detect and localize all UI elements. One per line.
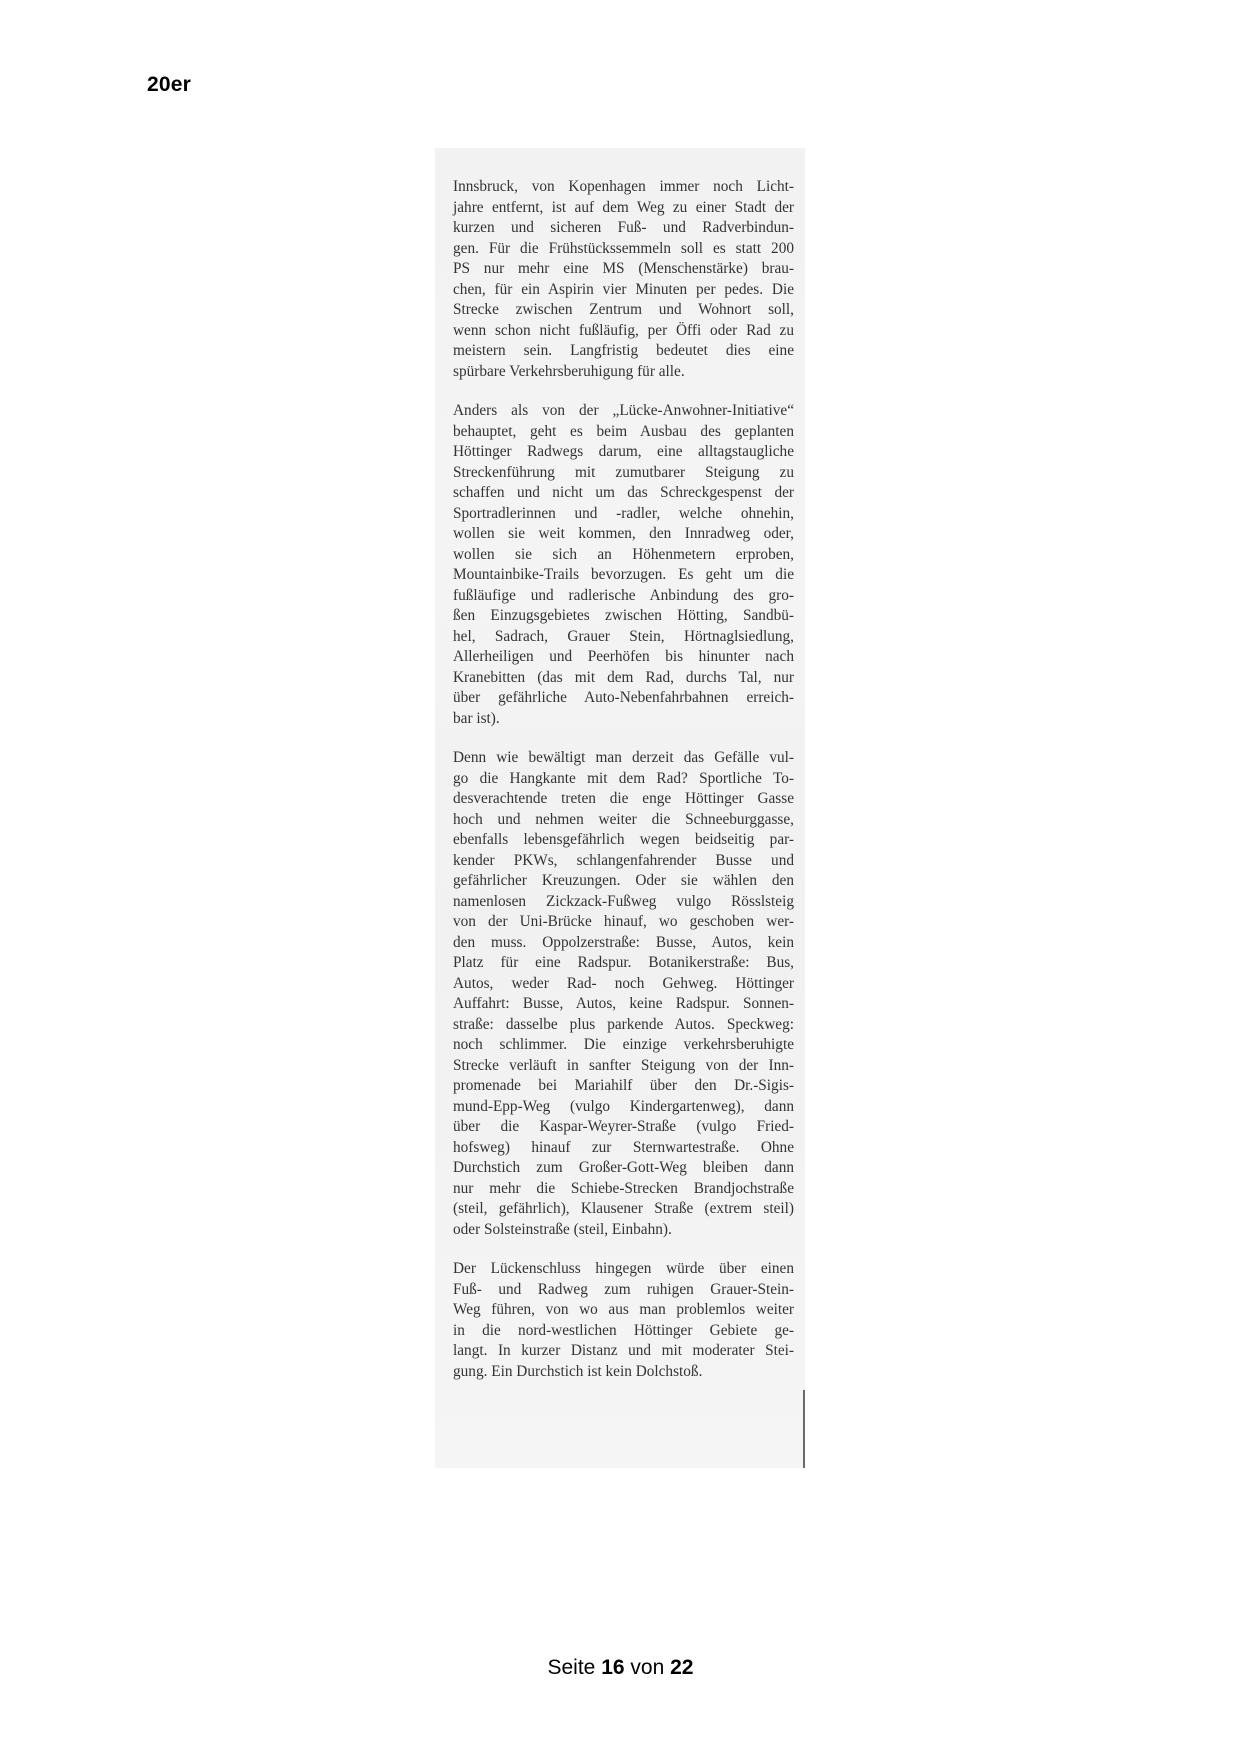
text-line: (steil, gefährlich), Klausener Straße (e…: [453, 1199, 794, 1220]
text-line: ßen Einzugsgebietes zwischen Hötting, Sa…: [453, 606, 794, 627]
text-line: behauptet, geht es beim Ausbau des gepla…: [453, 422, 794, 443]
text-line: hofsweg) hinauf zur Sternwartestraße. Oh…: [453, 1138, 794, 1159]
text-line: kurzen und sicheren Fuß- und Radverbindu…: [453, 218, 794, 239]
total-page-count: 22: [670, 1656, 693, 1679]
text-line: Durchstich zum Großer-Gott-Weg bleiben d…: [453, 1158, 794, 1179]
text-line: Innsbruck, von Kopenhagen immer noch Lic…: [453, 177, 794, 198]
article-paragraph-4: Der Lückenschluss hingegen würde über ei…: [453, 1259, 794, 1382]
text-line: Sportradlerinnen und -radler, welche ohn…: [453, 504, 794, 525]
document-header-label: 20er: [147, 73, 191, 97]
text-line: noch schlimmer. Die einzige verkehrsberu…: [453, 1035, 794, 1056]
text-line: Strecke verläuft in sanfter Steigung von…: [453, 1056, 794, 1077]
text-line: über gefährliche Auto-Nebenfahrbahnen er…: [453, 688, 794, 709]
article-column: Innsbruck, von Kopenhagen immer noch Lic…: [453, 177, 794, 1401]
text-line: in die nord-westlichen Höttinger Gebiete…: [453, 1321, 794, 1342]
text-line: Mountainbike-Trails bevorzugen. Es geht …: [453, 565, 794, 586]
text-line: promenade bei Mariahilf über den Dr.-Sig…: [453, 1076, 794, 1097]
text-line: nur mehr die Schiebe-Strecken Brandjochs…: [453, 1179, 794, 1200]
text-line: fußläufige und radlerische Anbindung des…: [453, 586, 794, 607]
text-line: spürbare Verkehrsberuhigung für alle.: [453, 362, 794, 383]
text-line: Streckenführung mit zumutbarer Steigung …: [453, 463, 794, 484]
text-line: Strecke zwischen Zentrum und Wohnort sol…: [453, 300, 794, 321]
text-line: bar ist).: [453, 709, 794, 730]
text-line: gung. Ein Durchstich ist kein Dolchstoß.: [453, 1362, 794, 1383]
text-line: Denn wie bewältigt man derzeit das Gefäl…: [453, 748, 794, 769]
text-line: von der Uni-Brücke hinauf, wo geschoben …: [453, 912, 794, 933]
article-paragraph-3: Denn wie bewältigt man derzeit das Gefäl…: [453, 748, 794, 1240]
text-line: namenlosen Zickzack-Fußweg vulgo Rösslst…: [453, 892, 794, 913]
text-line: hel, Sadrach, Grauer Stein, Hörtnaglsied…: [453, 627, 794, 648]
page-footer: Seite 16 von 22: [0, 1656, 1241, 1680]
text-line: Weg führen, von wo aus man problemlos we…: [453, 1300, 794, 1321]
text-line: ebenfalls lebensgefährlich wegen beidsei…: [453, 830, 794, 851]
text-line: schaffen und nicht um das Schreckgespens…: [453, 483, 794, 504]
page-separator: von: [630, 1656, 664, 1679]
text-line: straße: dasselbe plus parkende Autos. Sp…: [453, 1015, 794, 1036]
text-line: gen. Für die Frühstückssemmeln soll es s…: [453, 239, 794, 260]
text-line: Autos, weder Rad- noch Gehweg. Höttinger: [453, 974, 794, 995]
text-line: Platz für eine Radspur. Botanikerstraße:…: [453, 953, 794, 974]
text-line: wollen sie weit kommen, den Innradweg od…: [453, 524, 794, 545]
text-line: desverachtende treten die enge Höttinger…: [453, 789, 794, 810]
text-line: Der Lückenschluss hingegen würde über ei…: [453, 1259, 794, 1280]
text-line: Auffahrt: Busse, Autos, keine Radspur. S…: [453, 994, 794, 1015]
text-line: wenn schon nicht fußläufig, per Öffi ode…: [453, 321, 794, 342]
page-label: Seite: [548, 1656, 596, 1679]
current-page-number: 16: [601, 1656, 624, 1679]
article-paragraph-1: Innsbruck, von Kopenhagen immer noch Lic…: [453, 177, 794, 382]
text-line: Fuß- und Radweg zum ruhigen Grauer-Stein…: [453, 1280, 794, 1301]
text-line: gefährlicher Kreuzungen. Oder sie wählen…: [453, 871, 794, 892]
text-line: mund-Epp-Weg (vulgo Kindergartenweg), da…: [453, 1097, 794, 1118]
text-line: oder Solsteinstraße (steil, Einbahn).: [453, 1220, 794, 1241]
text-line: den muss. Oppolzerstraße: Busse, Autos, …: [453, 933, 794, 954]
text-line: Kranebitten (das mit dem Rad, durchs Tal…: [453, 668, 794, 689]
text-line: langt. In kurzer Distanz und mit moderat…: [453, 1341, 794, 1362]
text-line: wollen sie sich an Höhenmetern erproben,: [453, 545, 794, 566]
text-line: meistern sein. Langfristig bedeutet dies…: [453, 341, 794, 362]
text-line: über die Kaspar-Weyrer-Straße (vulgo Fri…: [453, 1117, 794, 1138]
text-line: Allerheiligen und Peerhöfen bis hinunter…: [453, 647, 794, 668]
text-line: jahre entfernt, ist auf dem Weg zu einer…: [453, 198, 794, 219]
scan-edge-line: [803, 1390, 805, 1468]
text-line: go die Hangkante mit dem Rad? Sportliche…: [453, 769, 794, 790]
text-line: hoch und nehmen weiter die Schneeburggas…: [453, 810, 794, 831]
text-line: Höttinger Radwegs darum, eine alltagstau…: [453, 442, 794, 463]
article-paragraph-2: Anders als von der „Lücke-Anwohner-Initi…: [453, 401, 794, 729]
text-line: chen, für ein Aspirin vier Minuten per p…: [453, 280, 794, 301]
text-line: PS nur mehr eine MS (Menschenstärke) bra…: [453, 259, 794, 280]
text-line: kender PKWs, schlangenfahrender Busse un…: [453, 851, 794, 872]
text-line: Anders als von der „Lücke-Anwohner-Initi…: [453, 401, 794, 422]
